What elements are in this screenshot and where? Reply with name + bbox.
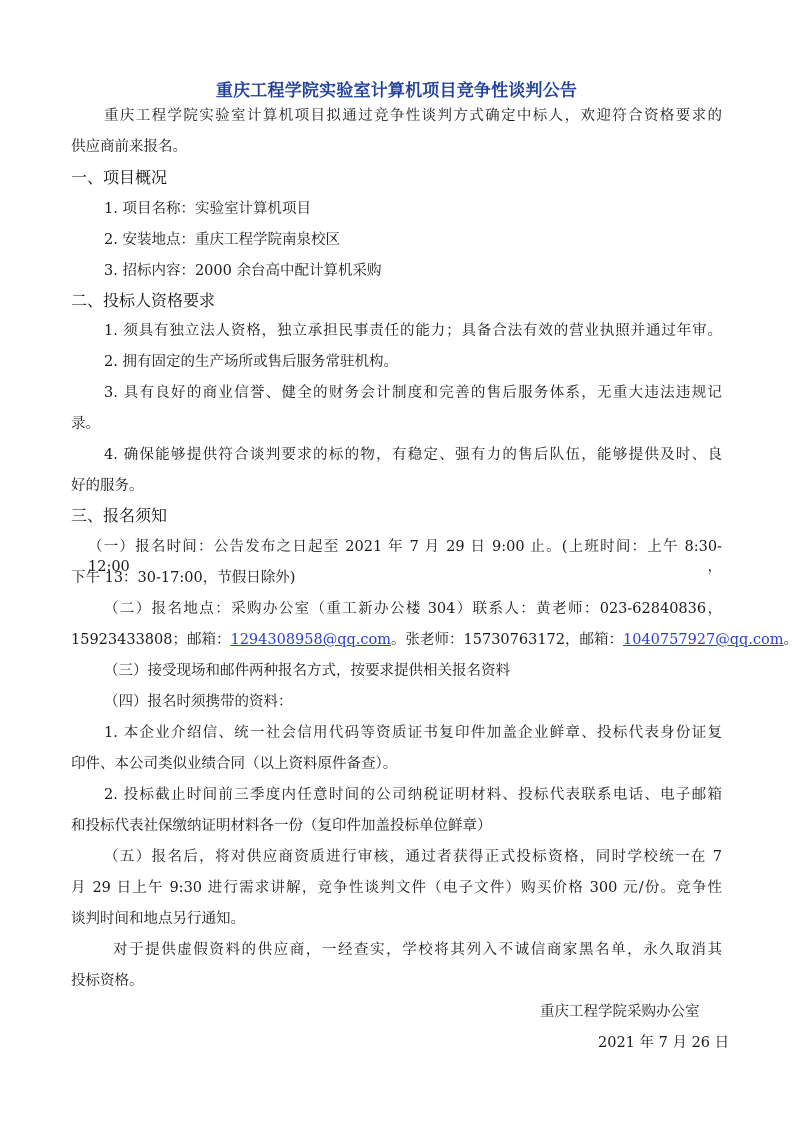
email-link-1[interactable]: 1294308958@qq.com xyxy=(230,632,391,648)
section-3-heading: 三、报名须知 xyxy=(71,506,167,526)
section-2-item-3-line-1: 3. 具有良好的商业信誉、健全的财务会计制度和完善的售后服务体系，无重大违法违规… xyxy=(104,383,722,403)
section-1-item-2: 2. 安装地点：重庆工程学院南泉校区 xyxy=(104,230,340,250)
section-2-item-4-line-2: 好的服务。 xyxy=(71,476,144,496)
section-3-p4-item-1-line-1: 1. 本企业介绍信、统一社会信用代码等资质证书复印件加盖企业鲜章、投标代表身份证… xyxy=(104,723,722,743)
signature-org: 重庆工程学院采购办公室 xyxy=(540,1002,700,1022)
document-page: 重庆工程学院实验室计算机项目竞争性谈判公告 重庆工程学院实验室计算机项目拟通过竞… xyxy=(0,0,793,1122)
email-link-2[interactable]: 1040757927@qq.com xyxy=(623,632,784,648)
section-3-p4-item-2-line-2: 和投标代表社保缴纳证明材料各一份（复印件加盖投标单位鲜章） xyxy=(71,816,492,836)
section-2-item-4-line-1: 4. 确保能够提供符合谈判要求的标的物，有稳定、强有力的售后队伍，能够提供及时、… xyxy=(104,445,722,465)
section-3-p3: （三）接受现场和邮件两种报名方式，按要求提供相关报名资料 xyxy=(104,661,510,681)
section-2-item-1: 1. 须具有独立法人资格，独立承担民事责任的能力；具备合法有效的营业执照并通过年… xyxy=(104,321,722,341)
section-2-item-3-line-2: 录。 xyxy=(71,414,100,434)
section-3-p5-line-2: 月 29 日上午 9:30 进行需求讲解，竞争性谈判文件（电子文件）购买价格 3… xyxy=(71,878,722,898)
section-3-p5-line-3: 谈判时间和地点另行通知。 xyxy=(71,909,245,929)
section-2-item-2: 2. 拥有固定的生产场所或售后服务常驻机构。 xyxy=(104,352,398,372)
section-3-p2-line-1: （二）报名地点：采购办公室（重工新办公楼 304）联系人：黄老师：023-628… xyxy=(104,599,722,619)
section-1-heading: 一、项目概况 xyxy=(71,168,167,188)
intro-line-2: 供应商前来报名。 xyxy=(71,137,187,157)
notice-line-1: 对于提供虚假资料的供应商，一经查实，学校将其列入不诚信商家黑名单，永久取消其 xyxy=(113,940,722,960)
section-3-p4: （四）报名时须携带的资料： xyxy=(104,692,293,712)
section-3-p4-item-2-line-1: 2. 投标截止时间前三季度内任意时间的公司纳税证明材料、投标代表联系电话、电子邮… xyxy=(104,785,722,805)
section-1-item-3: 3. 招标内容：2000 余台高中配计算机采购 xyxy=(104,261,381,281)
notice-line-2: 投标资格。 xyxy=(71,971,144,991)
document-title: 重庆工程学院实验室计算机项目竞争性谈判公告 xyxy=(0,76,793,101)
signature-date: 2021 年 7 月 26 日 xyxy=(598,1033,729,1053)
intro-line-1: 重庆工程学院实验室计算机项目拟通过竞争性谈判方式确定中标人，欢迎符合资格要求的 xyxy=(104,106,722,126)
section-3-p1-line-2: 下午 13：30-17:00，节假日除外) xyxy=(71,568,295,588)
section-2-heading: 二、投标人资格要求 xyxy=(71,291,215,311)
contact-text-a: 15923433808；邮箱： xyxy=(71,632,230,648)
contact-text-b: 。张老师：15730763172，邮箱： xyxy=(391,632,623,648)
section-3-p2-line-2: 15923433808；邮箱：1294308958@qq.com。张老师：157… xyxy=(71,630,793,650)
section-1-item-1: 1. 项目名称：实验室计算机项目 xyxy=(104,199,311,219)
section-3-p5-line-1: （五）报名后，将对供应商资质进行审核，通过者获得正式投标资格，同时学校统一在 7 xyxy=(104,847,722,867)
contact-text-c: 。 xyxy=(784,632,793,648)
section-3-p4-item-1-line-2: 印件、本公司类似业绩合同（以上资料原件备查）。 xyxy=(71,754,397,774)
